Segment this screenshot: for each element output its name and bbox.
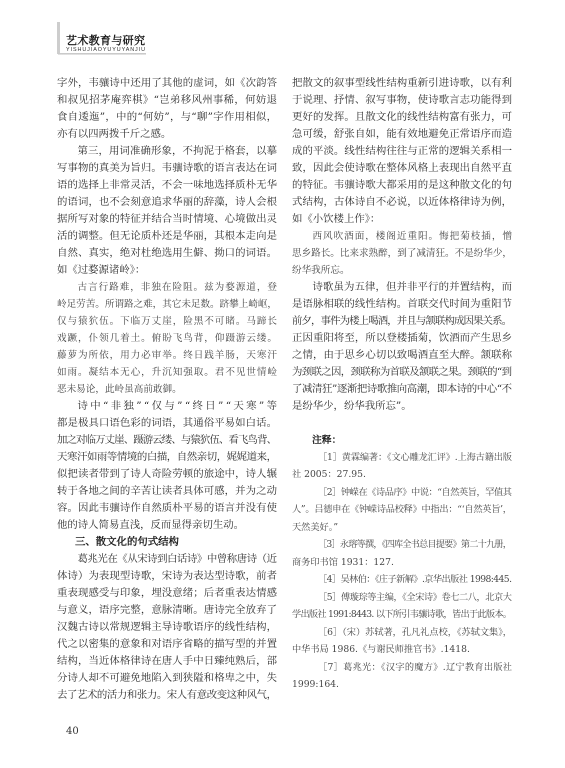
text-line: 正因重阳将至，所以登楼插菊，饮酒而产生思乡 [292, 330, 512, 347]
text-line: 三、散文化的句式结构 [57, 534, 277, 551]
right-text-column: 把散文的叙事型线性结构重新引进诗歌，以有利于说理、抒情、叙写事物，使诗歌言志功能… [292, 75, 512, 694]
text-line: 之情，由于思乡心切以致喝酒直至大醉。颔联称 [292, 347, 512, 364]
footnote: ［7］葛兆光：《汉字的魔方》.辽宁教育出版社1999:164. [292, 659, 512, 694]
line-text: 学出版社 1991:8443. 以下所引韦骧诗歌，皆出于此版本。 [292, 606, 511, 624]
text-line: 注释： [292, 432, 512, 449]
text-line: 思乡路长。比来求熟醉，到了减清狂。不是纷华少， [292, 245, 512, 262]
text-line: 1999:164. [292, 676, 512, 694]
footnote: ［3］永瑢等撰，《四库全书总目提要》第二十九册，商务印书馆 1931：127. [292, 536, 512, 571]
line-text: 如《小饮楼上作》： [292, 211, 380, 228]
text-line: 商务印书馆 1931：127. [292, 554, 512, 572]
poem-quotation: 古言行路难，非独在险阻。兹为婺源道，登岭足劳苦。所谓路之难，其它未足数。跻攀上崎… [57, 279, 277, 398]
text-line: 字外，韦骧诗中还用了其他的虚词，如《次韵答 [57, 75, 277, 92]
line-text: 急可缓，舒张自如，能有效地避免正常语序而造 [292, 126, 512, 143]
text-line: 仅与猿狖伍。下临万丈崖，险黑不可睹。马蹄长 [57, 313, 277, 330]
line-text: 天寒汗如雨等情境的白描，自然亲切，娓娓道来， [57, 449, 277, 466]
text-line: 的语词，也不会刻意追求华丽的辞藻，诗人会根 [57, 194, 277, 211]
text-line: 亦有以四两拨千斤之感。 [57, 126, 277, 143]
journal-title-text: 艺术教育与研究 [66, 35, 145, 47]
page-number: 40 [66, 725, 79, 739]
line-text: ［4］吴林伯：《庄子新解》.京华出版社 1998:445. [318, 571, 511, 589]
line-text: 汉魏古诗以常规逻辑主导诗歌语序的线性结构， [57, 619, 277, 636]
text-line: ［5］傅璇琮等主编，《全宋诗》卷七二八，北京大 [292, 589, 512, 607]
text-line: 自然、真实，绝对杜绝选用生僻、拗口的词语。 [57, 245, 277, 262]
line-text: 为颈联之因，颈联称为首联及颔联之果。颈联的“到 [292, 364, 511, 381]
line-text: 是语脉相联的线性结构。首联交代时间为重阳节 [292, 296, 512, 313]
line-text: ［3］永瑢等撰，《四库全书总目提要》第二十九册， [318, 536, 511, 554]
paragraph: 诗中“非独”“仅与”“终日”“天寒”等都是极具口语色彩的词语，其通俗平易如白话。… [57, 398, 277, 534]
line-text: 把散文的叙事型线性结构重新引进诗歌，以有利 [292, 75, 512, 92]
text-line: ［4］吴林伯：《庄子新解》.京华出版社 1998:445. [292, 571, 512, 589]
line-text: 于说理、抒情、叙写事物，使诗歌言志功能得到 [292, 92, 512, 109]
text-line: 重表现感受与印象，埋没意绪；后者重表达情感 [57, 585, 277, 602]
line-text: 古言行路难，非独在险阻。兹为婺源道，登 [78, 279, 278, 296]
text-line: ［6］（宋）苏轼著，孔凡礼点校，《苏轼文集》， [292, 624, 512, 642]
text-line: 西风吹酒面，楼阁近重阳。悔把菊枝插，憎 [292, 228, 512, 245]
text-line: 体诗）为表现型诗歌，宋诗为表达型诗歌，前者 [57, 568, 277, 585]
line-text: 诗歌虽为五律，但并非平行的并置结构，而 [313, 279, 513, 296]
line-text: 是纷华少，纷华我所忘”。 [292, 398, 412, 415]
blank-line [292, 415, 512, 432]
line-text: 亦有以四两拨千斤之感。 [57, 126, 171, 143]
text-line: 的特征。韦骧诗歌大都采用的是这种散文化的句 [292, 177, 512, 194]
line-text: 字外，韦骧诗中还用了其他的虚词，如《次韵答 [57, 75, 277, 92]
journal-page: 艺术教育与研究 YISHUJIAOYUYUYANJIU 字外，韦骧诗中还用了其他… [0, 0, 565, 768]
line-text: 藤萝为所依，用力必审举。终日践羊肠，天寒汗 [57, 347, 278, 364]
text-line: ［7］葛兆光：《汉字的魔方》.辽宁教育出版社 [292, 659, 512, 677]
text-line: 葛兆光在《从宋诗到白话诗》中曾称唐诗（近 [57, 551, 277, 568]
text-line: 如雨。凝结本无心，升沉知强取。君不见世情崄 [57, 364, 277, 381]
text-line: 前夕，事件为楼上喝酒，并且与颔联构成因果关系。 [292, 313, 512, 330]
line-text: 仅与猿狖伍。下临万丈崖，险黑不可睹。马蹄长 [57, 313, 278, 330]
text-line: 容。因此韦骧诗作自然质朴平易的语言并没有使 [57, 500, 277, 517]
line-text: 加之对临万丈崖、蹑游云缕、与猿狖伍、看飞鸟背、 [57, 432, 276, 449]
footnote: ［2］钟嵘在《诗品序》中说：“自然英旨，罕值其人”。吕德申在《钟嵘诗品校释》中指… [292, 484, 512, 537]
text-line: 都是极具口语色彩的词语，其通俗平易如白话。 [57, 415, 277, 432]
paragraph: 第三，用词准确形象，不拘泥于格套，以摹写事物的真美为旨归。韦骧诗歌的语言表达在词… [57, 143, 277, 279]
text-line: 结构，当近体格律诗在唐人手中日臻纯熟后，部 [57, 653, 277, 670]
left-text-column: 字外，韦骧诗中还用了其他的虚词，如《次韵答和叔见招茅庵弈棋》“岂弟移风州事稀，何… [57, 75, 277, 704]
line-text: 活的调整。但无论质朴还是华丽，其根本走向是 [57, 228, 277, 245]
text-line: 成的平淡。线性结构往往与正常的逻辑关系相一 [292, 143, 512, 160]
text-line: 似把读者带到了诗人奇险劳顿的旅途中，诗人辗 [57, 466, 277, 483]
text-line: 代之以密集的意象和对语序省略的描写型的并置 [57, 636, 277, 653]
text-line: 式结构，古体诗自不必说，以近体格律诗为例， [292, 194, 512, 211]
text-line: 转于各地之间的辛苦让读者具体可感，并为之动 [57, 483, 277, 500]
notes-heading: 注释： [292, 432, 512, 449]
text-line: 恶未易论，此岭虽高前敢御。 [57, 381, 277, 398]
footnote: ［1］黄霖编著：《文心雕龙汇评》.上海古籍出版社 2005：27.95. [292, 449, 512, 484]
footnote: ［4］吴林伯：《庄子新解》.京华出版社 1998:445. [292, 571, 512, 589]
line-text: 体诗）为表现型诗歌，宋诗为表达型诗歌，前者 [57, 568, 277, 585]
line-text: 如《过婺源诸岭》： [57, 262, 145, 279]
paragraph: 葛兆光在《从宋诗到白话诗》中曾称唐诗（近体诗）为表现型诗歌，宋诗为表达型诗歌，前… [57, 551, 277, 704]
line-text: 致，因此会使诗歌在整体风格上表现出自然平直 [292, 160, 512, 177]
line-text: 了减清狂”逐渐把诗歌推向高潮，即本诗的中心“不 [292, 381, 512, 398]
line-text: 诗中“非独”“仅与”“终日”“天寒”等 [78, 398, 280, 415]
text-line: 活的调整。但无论质朴还是华丽，其根本走向是 [57, 228, 277, 245]
line-text: 去了艺术的活力和张力。宋人有意改变这种风气， [57, 687, 277, 704]
line-text: ［5］傅璇琮等主编，《全宋诗》卷七二八，北京大 [318, 589, 512, 607]
line-text: 据所写对象的特征并结合当时情境、心境做出灵 [57, 211, 277, 228]
line-text: 思乡路长。比来求熟醉，到了减清狂。不是纷华少， [292, 245, 512, 262]
line-text: 结构，当近体格律诗在唐人手中日臻纯熟后，部 [57, 653, 277, 670]
line-text: 重表现感受与印象，埋没意绪；后者重表达情感 [57, 585, 277, 602]
footnote: ［5］傅璇琮等主编，《全宋诗》卷七二八，北京大学出版社 1991:8443. 以… [292, 589, 512, 624]
text-line: 更好的发挥。且散文化的线性结构富有张力，可 [292, 109, 512, 126]
text-line: ［2］钟嵘在《诗品序》中说：“自然英旨，罕值其 [292, 484, 512, 502]
line-text: 1999:164. [292, 676, 339, 694]
text-line: 了减清狂”逐渐把诗歌推向高潮，即本诗的中心“不 [292, 381, 512, 398]
text-line: 为颈联之因，颈联称为首联及颔联之果。颈联的“到 [292, 364, 512, 381]
line-text: 第三，用词准确形象，不拘泥于格套，以摹 [78, 143, 278, 160]
line-text: 三、散文化的句式结构 [75, 534, 179, 551]
line-text: 自然、真实，绝对杜绝选用生僻、拗口的词语。 [57, 245, 277, 262]
line-text: 注释： [312, 432, 341, 449]
line-text: 与意义，语序完整，意脉清晰。唐诗完全放弃了 [57, 602, 277, 619]
text-line: 人”。吕德申在《钟嵘诗品校释》中指出：“‘自然英旨’， [292, 501, 512, 519]
paragraph: 把散文的叙事型线性结构重新引进诗歌，以有利于说理、抒情、叙写事物，使诗歌言志功能… [292, 75, 512, 228]
text-line: 汉魏古诗以常规逻辑主导诗歌语序的线性结构， [57, 619, 277, 636]
text-line: ［3］永瑢等撰，《四库全书总目提要》第二十九册， [292, 536, 512, 554]
text-line: 第三，用词准确形象，不拘泥于格套，以摹 [57, 143, 277, 160]
text-line: 学出版社 1991:8443. 以下所引韦骧诗歌，皆出于此版本。 [292, 606, 512, 624]
line-text: 西风吹酒面，楼阁近重阳。悔把菊枝插，憎 [313, 228, 513, 245]
line-text: 似把读者带到了诗人奇险劳顿的旅途中，诗人辗 [57, 466, 277, 483]
line-text: 容。因此韦骧诗作自然质朴平易的语言并没有使 [57, 500, 277, 517]
text-line: 于说理、抒情、叙写事物，使诗歌言志功能得到 [292, 92, 512, 109]
line-text: 转于各地之间的辛苦让读者具体可感，并为之动 [57, 483, 277, 500]
text-line: 戏蹶，仆领几着土。俯盼飞鸟背，仰蹑游云缕。 [57, 330, 277, 347]
line-text: 更好的发挥。且散文化的线性结构富有张力，可 [292, 109, 512, 126]
line-text: 中华书局 1986.《与谢民师推官书》.1418. [292, 641, 470, 659]
footnote: ［6］（宋）苏轼著，孔凡礼点校，《苏轼文集》，中华书局 1986.《与谢民师推官… [292, 624, 512, 659]
line-text: 语的选择上非常灵活，不会一味地选择质朴无华 [57, 177, 277, 194]
text-line: 天然美好。” [292, 519, 512, 537]
section-heading: 三、散文化的句式结构 [57, 534, 277, 551]
logo-accent-bar [57, 22, 60, 54]
text-line: 如《过婺源诸岭》： [57, 262, 277, 279]
line-text: 正因重阳将至，所以登楼插菊，饮酒而产生思乡 [292, 330, 512, 347]
line-text: ［7］葛兆光：《汉字的魔方》.辽宁教育出版社 [318, 659, 512, 677]
text-line: 加之对临万丈崖、蹑游云缕、与猿狖伍、看飞鸟背、 [57, 432, 277, 449]
text-line: 如《小饮楼上作》： [292, 211, 512, 228]
line-text: 天然美好。” [292, 519, 338, 537]
text-line: 食自逶迤”，中的“何妨”，与“聊”字作用相似， [57, 109, 277, 126]
line-text: 戏蹶，仆领几着土。俯盼飞鸟背，仰蹑游云缕。 [57, 330, 278, 347]
text-line: 把散文的叙事型线性结构重新引进诗歌，以有利 [292, 75, 512, 92]
line-text: 如雨。凝结本无心，升沉知强取。君不见世情崄 [57, 364, 278, 381]
text-line: 诗中“非独”“仅与”“终日”“天寒”等 [57, 398, 277, 415]
line-text: 社 2005：27.95. [292, 466, 366, 484]
line-text: 他的诗人简易直浅，反而显得亲切生动。 [57, 517, 244, 534]
line-text: ［2］钟嵘在《诗品序》中说：“自然英旨，罕值其 [318, 484, 512, 502]
text-line: 天寒汗如雨等情境的白描，自然亲切，娓娓道来， [57, 449, 277, 466]
text-line: 急可缓，舒张自如，能有效地避免正常语序而造 [292, 126, 512, 143]
line-text: 写事物的真美为旨归。韦骧诗歌的语言表达在词 [57, 160, 277, 177]
line-text: 岭足劳苦。所谓路之难，其它未足数。跻攀上崎岖， [57, 296, 277, 313]
text-line: ［1］黄霖编著：《文心雕龙汇评》.上海古籍出版 [292, 449, 512, 467]
text-line: 藤萝为所依，用力必审举。终日践羊肠，天寒汗 [57, 347, 277, 364]
text-line: 去了艺术的活力和张力。宋人有意改变这种风气， [57, 687, 277, 704]
text-line: 写事物的真美为旨归。韦骧诗歌的语言表达在词 [57, 160, 277, 177]
line-text: 代之以密集的意象和对语序省略的描写型的并置 [57, 636, 277, 653]
line-text: 恶未易论，此岭虽高前敢御。 [57, 381, 182, 398]
line-text: 都是极具口语色彩的词语，其通俗平易如白话。 [57, 415, 277, 432]
text-line: 中华书局 1986.《与谢民师推官书》.1418. [292, 641, 512, 659]
line-text: 成的平淡。线性结构往往与正常的逻辑关系相一 [292, 143, 512, 160]
text-line: 岭足劳苦。所谓路之难，其它未足数。跻攀上崎岖， [57, 296, 277, 313]
line-text: 分诗人却不可避免地陷入到狭隘和格卑之中，失 [57, 670, 277, 687]
text-line: 他的诗人简易直浅，反而显得亲切生动。 [57, 517, 277, 534]
text-line: 分诗人却不可避免地陷入到狭隘和格卑之中，失 [57, 670, 277, 687]
text-line: 社 2005：27.95. [292, 466, 512, 484]
text-line: 是语脉相联的线性结构。首联交代时间为重阳节 [292, 296, 512, 313]
line-text: 前夕，事件为楼上喝酒，并且与颔联构成因果关系。 [292, 313, 511, 330]
text-line: 与意义，语序完整，意脉清晰。唐诗完全放弃了 [57, 602, 277, 619]
line-text: 纷华我所忘。 [292, 262, 350, 279]
line-text: 和叔见招茅庵弈棋》“岂弟移风州事稀，何妨退 [57, 92, 277, 109]
line-text: 的特征。韦骧诗歌大都采用的是这种散文化的句 [292, 177, 512, 194]
text-line: 古言行路难，非独在险阻。兹为婺源道，登 [57, 279, 277, 296]
text-line: 语的选择上非常灵活，不会一味地选择质朴无华 [57, 177, 277, 194]
text-line: 致，因此会使诗歌在整体风格上表现出自然平直 [292, 160, 512, 177]
line-text: 商务印书馆 1931：127. [292, 554, 394, 572]
paragraph: 诗歌虽为五律，但并非平行的并置结构，而是语脉相联的线性结构。首联交代时间为重阳节… [292, 279, 512, 415]
line-text: 式结构，古体诗自不必说，以近体格律诗为例， [292, 194, 512, 211]
text-line: 和叔见招茅庵弈棋》“岂弟移风州事稀，何妨退 [57, 92, 277, 109]
line-text: 葛兆光在《从宋诗到白话诗》中曾称唐诗（近 [78, 551, 277, 568]
paragraph: 字外，韦骧诗中还用了其他的虚词，如《次韵答和叔见招茅庵弈棋》“岂弟移风州事稀，何… [57, 75, 277, 143]
line-text: ［1］黄霖编著：《文心雕龙汇评》.上海古籍出版 [318, 449, 512, 467]
text-line: 是纷华少，纷华我所忘”。 [292, 398, 512, 415]
line-text: 食自逶迤”，中的“何妨”，与“聊”字作用相似， [57, 109, 277, 126]
line-text: ［6］（宋）苏轼著，孔凡礼点校，《苏轼文集》， [318, 624, 512, 642]
poem-quotation: 西风吹酒面，楼阁近重阳。悔把菊枝插，憎思乡路长。比来求熟醉，到了减清狂。不是纷华… [292, 228, 512, 279]
line-text: 的语词，也不会刻意追求华丽的辞藻，诗人会根 [57, 194, 277, 211]
text-line: 诗歌虽为五律，但并非平行的并置结构，而 [292, 279, 512, 296]
journal-title: 艺术教育与研究 [66, 35, 145, 47]
line-text: 之情，由于思乡心切以致喝酒直至大醉。颔联称 [292, 347, 512, 364]
logo-underline [58, 53, 146, 55]
text-line: 据所写对象的特征并结合当时情境、心境做出灵 [57, 211, 277, 228]
text-line: 纷华我所忘。 [292, 262, 512, 279]
line-text: 人”。吕德申在《钟嵘诗品校释》中指出：“‘自然英旨’， [292, 501, 512, 519]
